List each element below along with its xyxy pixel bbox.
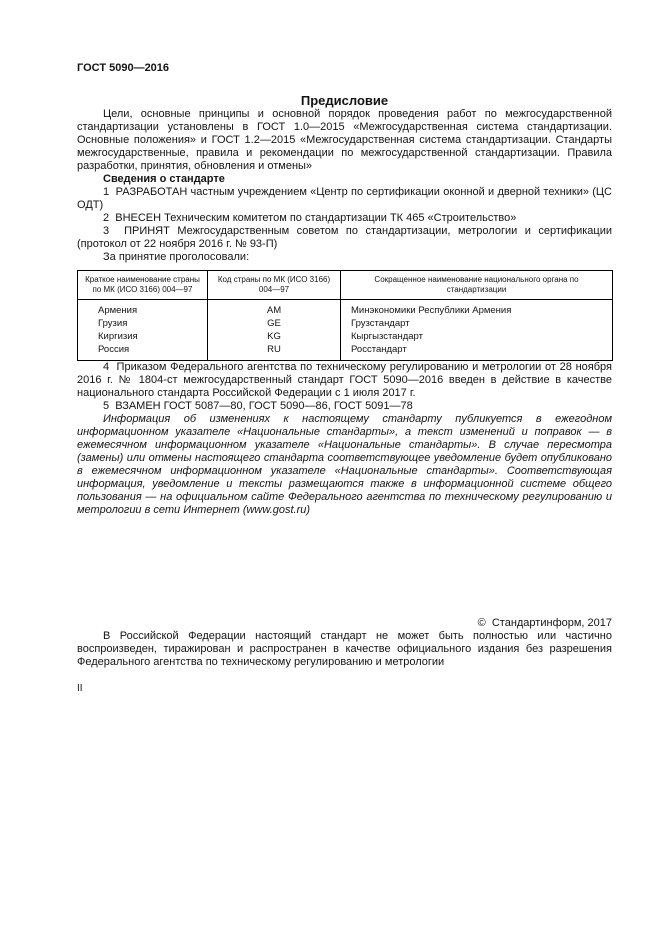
standard-info-item: 2 ВНЕСЕН Техническим комитетом по станда… (77, 212, 612, 225)
intro-paragraph: Цели, основные принципы и основной поряд… (77, 108, 612, 173)
column-header-code: Код страны по МК (ИСО 3166) 004—97 (208, 271, 341, 300)
document-page: ГОСТ 5090—2016 Предисловие Цели, основны… (77, 0, 612, 695)
column-header-org: Сокращенное наименование национального о… (341, 271, 613, 300)
standard-info-item: 4 Приказом Федерального агентства по тех… (77, 361, 612, 400)
cell-org: Росстандарт (341, 343, 613, 361)
table-row: Грузия GE Грузстандарт (78, 317, 613, 330)
section-heading: Сведения о стандарте (77, 173, 612, 186)
vote-intro-line: За принятие проголосовали: (77, 251, 612, 264)
column-header-country: Краткое наименование страны по МК (ИСО 3… (78, 271, 208, 300)
page-number: II (77, 683, 612, 695)
copyright-line: © Стандартинформ, 2017 (77, 617, 612, 630)
cell-org: Кыргызстандарт (341, 330, 613, 343)
cell-org: Грузстандарт (341, 317, 613, 330)
vote-table: Краткое наименование страны по МК (ИСО 3… (77, 270, 613, 361)
cell-code: GE (208, 317, 341, 330)
table-row: Киргизия KG Кыргызстандарт (78, 330, 613, 343)
table-row: Армения AM Минэкономики Республики Армен… (78, 300, 613, 318)
table-header-row: Краткое наименование страны по МК (ИСО 3… (78, 271, 613, 300)
cell-org: Минэкономики Республики Армения (341, 300, 613, 318)
page-title: Предисловие (77, 93, 612, 108)
reproduction-restriction-paragraph: В Российской Федерации настоящий стандар… (77, 630, 612, 669)
cell-country: Киргизия (78, 330, 208, 343)
table-row: Россия RU Росстандарт (78, 343, 613, 361)
cell-country: Грузия (78, 317, 208, 330)
cell-country: Армения (78, 300, 208, 318)
cell-country: Россия (78, 343, 208, 361)
doc-code: ГОСТ 5090—2016 (77, 62, 612, 75)
standard-info-item: 1 РАЗРАБОТАН частным учреждением «Центр … (77, 186, 612, 212)
standard-info-item: 5 ВЗАМЕН ГОСТ 5087—80, ГОСТ 5090—86, ГОС… (77, 400, 612, 413)
changes-notice-paragraph: Информация об изменениях к настоящему ст… (77, 413, 612, 517)
cell-code: KG (208, 330, 341, 343)
cell-code: AM (208, 300, 341, 318)
standard-info-item: 3 ПРИНЯТ Межгосударственным советом по с… (77, 225, 612, 251)
cell-code: RU (208, 343, 341, 361)
